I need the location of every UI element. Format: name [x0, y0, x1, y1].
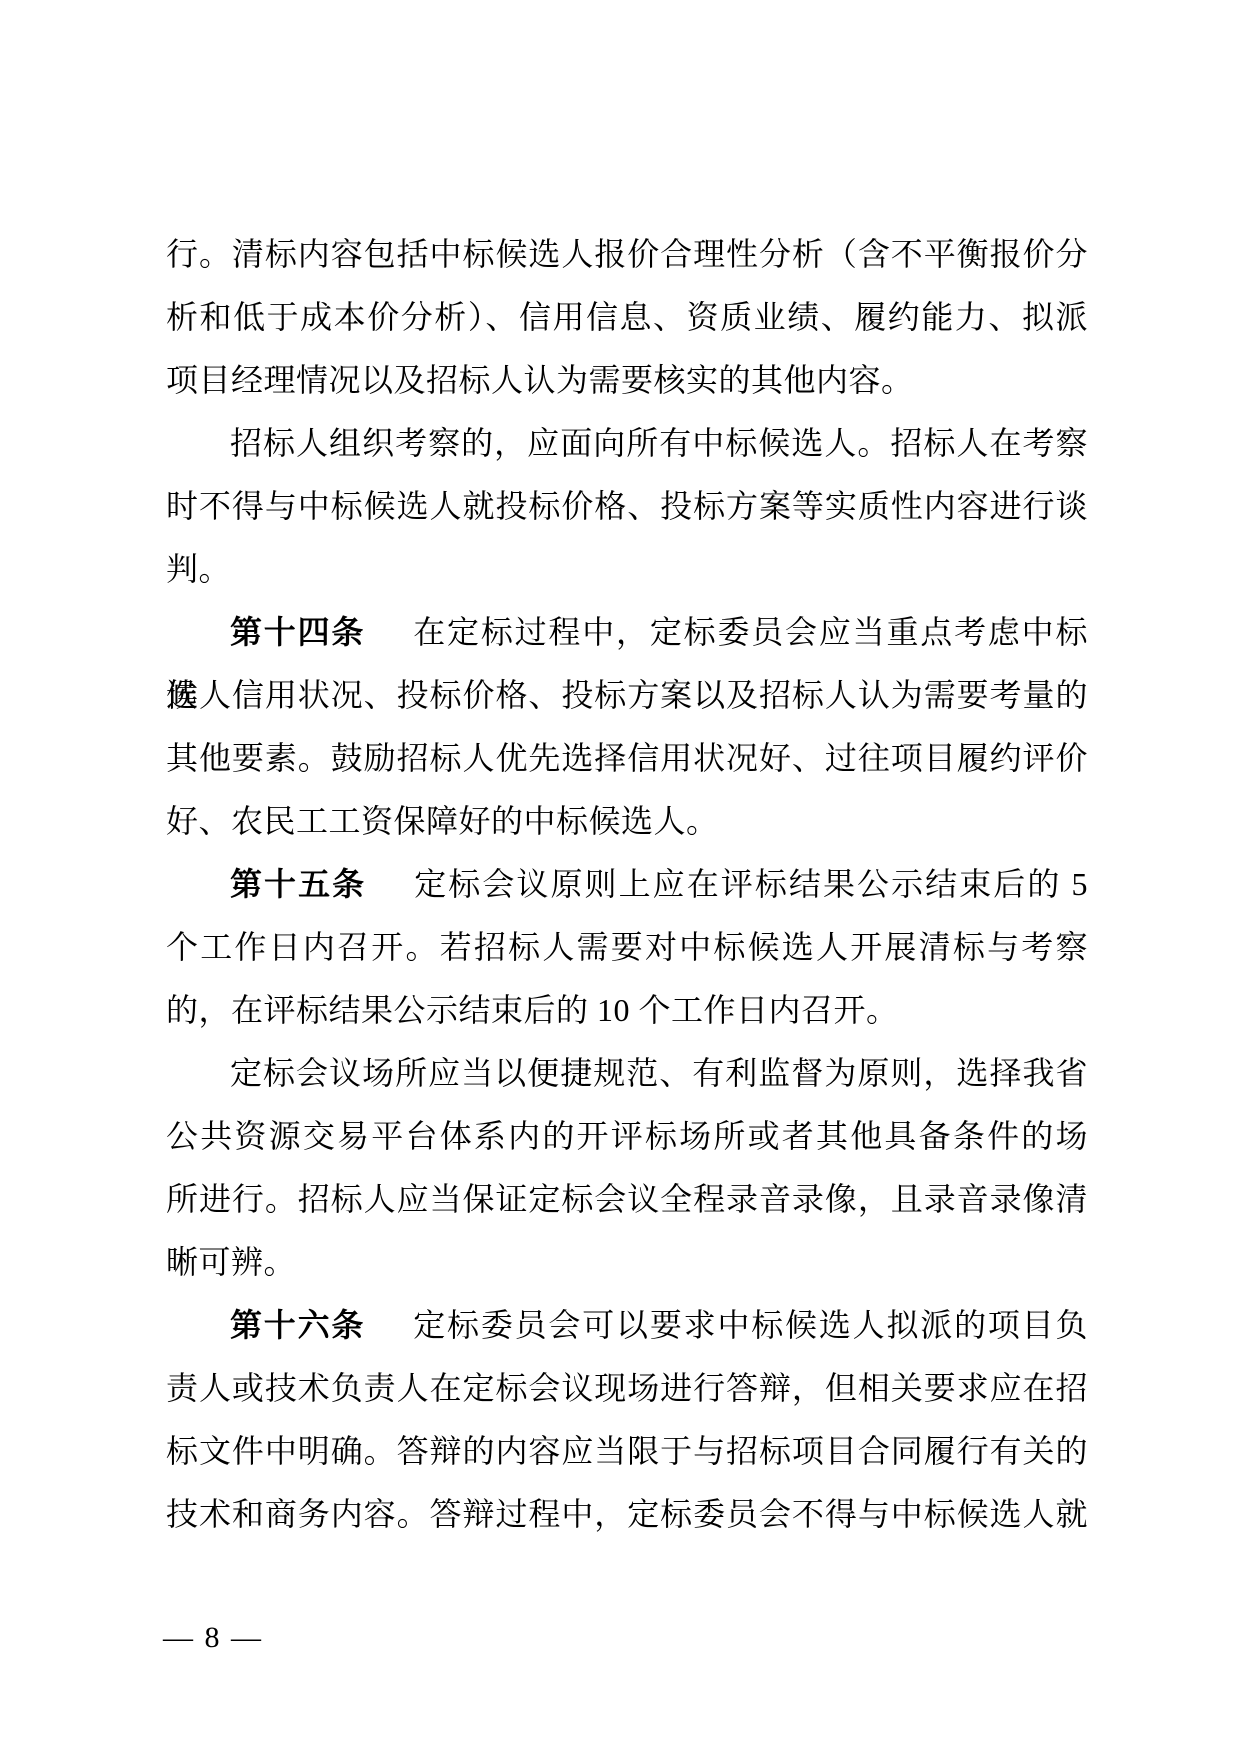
line-text: 的，在评标结果公示结束后的 10 个工作日内召开。 [166, 992, 899, 1028]
text-line: 所进行。招标人应当保证定标会议全程录音录像，且录音录像清 [166, 1168, 1088, 1231]
line-text: 好、农民工工资保障好的中标候选人。 [166, 803, 719, 839]
text-line: 析和低于成本价分析）、信用信息、资质业绩、履约能力、拟派 [166, 286, 1088, 349]
line-text: 判。 [166, 551, 231, 587]
text-line: 责人或技术负责人在定标会议现场进行答辩，但相关要求应在招 [166, 1357, 1088, 1420]
text-line: 公共资源交易平台体系内的开评标场所或者其他具备条件的场 [166, 1105, 1088, 1168]
text-line: 行。清标内容包括中标候选人报价合理性分析（含不平衡报价分 [166, 223, 1088, 286]
text-line: 时不得与中标候选人就投标价格、投标方案等实质性内容进行谈 [166, 475, 1088, 538]
text-line: 招标人组织考察的，应面向所有中标候选人。招标人在考察 [166, 412, 1088, 475]
text-line: 的，在评标结果公示结束后的 10 个工作日内召开。 [166, 979, 1088, 1042]
line-text: 时不得与中标候选人就投标价格、投标方案等实质性内容进行谈 [166, 488, 1088, 524]
text-line: 项目经理情况以及招标人认为需要核实的其他内容。 [166, 349, 1088, 412]
line-text: 定标委员会可以要求中标候选人拟派的项目负 [413, 1307, 1088, 1343]
line-text: 项目经理情况以及招标人认为需要核实的其他内容。 [166, 362, 914, 398]
line-text: 所进行。招标人应当保证定标会议全程录音录像，且录音录像清 [166, 1181, 1088, 1217]
line-text: 技术和商务内容。答辩过程中，定标委员会不得与中标候选人就 [166, 1496, 1088, 1532]
text-line: 判。 [166, 538, 1088, 601]
text-line: 标文件中明确。答辩的内容应当限于与招标项目合同履行有关的 [166, 1420, 1088, 1483]
text-line: 第十五条定标会议原则上应在评标结果公示结束后的 5 [166, 853, 1088, 916]
page-number: — 8 — [163, 1621, 263, 1654]
article-number: 第十五条 [230, 866, 366, 902]
text-line: 好、农民工工资保障好的中标候选人。 [166, 790, 1088, 853]
text-line: 其他要素。鼓励招标人优先选择信用状况好、过往项目履约评价 [166, 727, 1088, 790]
line-text: 个工作日内召开。若招标人需要对中标候选人开展清标与考察 [166, 929, 1088, 965]
line-text: 行。清标内容包括中标候选人报价合理性分析（含不平衡报价分 [166, 236, 1088, 272]
line-text: 晰可辨。 [166, 1244, 296, 1280]
page-footer: — 8 — [163, 1618, 263, 1658]
text-line: 定标会议场所应当以便捷规范、有利监督为原则，选择我省 [166, 1042, 1088, 1105]
line-text: 责人或技术负责人在定标会议现场进行答辩，但相关要求应在招 [166, 1370, 1088, 1406]
line-text: 析和低于成本价分析）、信用信息、资质业绩、履约能力、拟派 [166, 299, 1088, 335]
text-line: 选人信用状况、投标价格、投标方案以及招标人认为需要考量的 [166, 664, 1088, 727]
line-text: 定标会议原则上应在评标结果公示结束后的 5 [414, 866, 1088, 902]
line-text: 其他要素。鼓励招标人优先选择信用状况好、过往项目履约评价 [166, 740, 1088, 776]
document-body: 行。清标内容包括中标候选人报价合理性分析（含不平衡报价分析和低于成本价分析）、信… [166, 223, 1088, 1546]
text-line: 第十六条定标委员会可以要求中标候选人拟派的项目负 [166, 1294, 1088, 1357]
article-number: 第十六条 [230, 1307, 365, 1343]
text-line: 技术和商务内容。答辩过程中，定标委员会不得与中标候选人就 [166, 1483, 1088, 1546]
line-text: 公共资源交易平台体系内的开评标场所或者其他具备条件的场 [166, 1118, 1088, 1154]
document-page: 行。清标内容包括中标候选人报价合理性分析（含不平衡报价分析和低于成本价分析）、信… [0, 0, 1241, 1755]
line-text: 定标会议场所应当以便捷规范、有利监督为原则，选择我省 [230, 1055, 1088, 1091]
text-line: 个工作日内召开。若招标人需要对中标候选人开展清标与考察 [166, 916, 1088, 979]
text-line: 晰可辨。 [166, 1231, 1088, 1294]
line-text: 标文件中明确。答辩的内容应当限于与招标项目合同履行有关的 [166, 1433, 1088, 1469]
text-line: 第十四条在定标过程中，定标委员会应当重点考虑中标候 [166, 601, 1088, 664]
line-text: 选人信用状况、投标价格、投标方案以及招标人认为需要考量的 [166, 677, 1088, 713]
line-text: 招标人组织考察的，应面向所有中标候选人。招标人在考察 [230, 425, 1088, 461]
article-number: 第十四条 [230, 614, 365, 650]
